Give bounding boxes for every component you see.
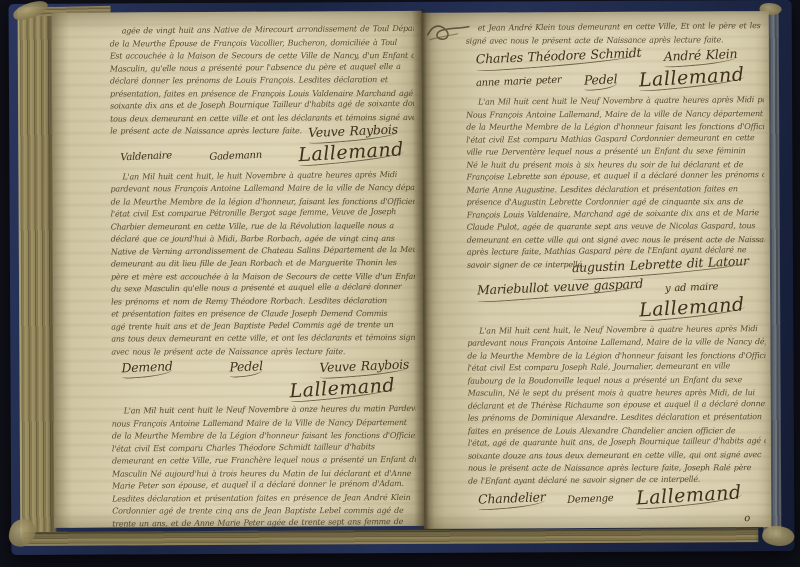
signature: Chandelier bbox=[478, 491, 546, 509]
signature-row: ChandelierDemengeLallemand bbox=[478, 489, 760, 508]
signature-row: Lallemand bbox=[122, 382, 400, 399]
manuscript-line: faubourg de la Boudonville lequel nous a… bbox=[468, 374, 766, 388]
manuscript-line: Lesdites déclaration et présentation fai… bbox=[112, 491, 416, 505]
signature: Lallemand bbox=[298, 143, 404, 165]
left-page: agée de vingt huit ans Native de Mirecou… bbox=[52, 11, 425, 528]
signature: Pedel bbox=[583, 73, 617, 90]
signature: Demend bbox=[121, 360, 173, 378]
act: L'an Mil huit cent huit, le huit Novembr… bbox=[110, 169, 415, 398]
manuscript-line: les prénoms et nom de Remy Théodore Rorb… bbox=[111, 294, 415, 308]
right-page-text: et Jean André Klein tous demeurant en ce… bbox=[466, 21, 767, 527]
right-page: et Jean André Klein tous demeurant en ce… bbox=[422, 11, 772, 529]
manuscript-line: trente un ans, et de Anne Marie Peter ag… bbox=[112, 515, 416, 527]
act: et Jean André Klein tous demeurant en ce… bbox=[466, 21, 764, 90]
signature: o bbox=[744, 513, 750, 526]
signature-row: o bbox=[478, 513, 750, 527]
signature: Lallemand bbox=[290, 379, 396, 401]
manuscript-line: déclaré donner les prénoms de Louis Fran… bbox=[110, 74, 414, 88]
manuscript-line: Nous François Antoine Lallemand, Maire d… bbox=[466, 108, 764, 122]
manuscript-line: les prénoms de Dominique Alexandre. Lesd… bbox=[468, 411, 766, 425]
signature: Valdenaire bbox=[120, 150, 172, 165]
signature: Lallemand bbox=[639, 68, 745, 90]
register-book: agée de vingt huit ans Native de Mirecou… bbox=[9, 0, 795, 555]
manuscript-line: soixante douze ans tous deux demeurant e… bbox=[468, 449, 766, 463]
act: L'an Mil huit cent huit, le Neuf Novembr… bbox=[467, 324, 766, 527]
signature: Demenge bbox=[567, 493, 614, 507]
manuscript-line: avec nous le présent acte de Naissance a… bbox=[111, 345, 415, 358]
signature-row: Charles Théodore SchmidtAndré Klein bbox=[476, 49, 758, 66]
manuscript-line: demeurant au dit lieu fille de Jean Rorb… bbox=[111, 257, 415, 271]
signature: anne marie peter bbox=[476, 74, 562, 90]
manuscript-line: pardevant nous François Antoine Lalleman… bbox=[467, 336, 765, 350]
manuscript-line: ville rue Derventère lequel nous a prése… bbox=[466, 145, 764, 159]
signature-row: Lallemand bbox=[477, 301, 749, 318]
signature: Mariebullot veuve gaspard bbox=[477, 277, 644, 299]
signature: Charles Théodore Schmidt bbox=[476, 47, 642, 69]
signature: Lallemand bbox=[639, 298, 745, 320]
manuscript-line: ans tous deux demeurant en cette ville, … bbox=[111, 332, 415, 346]
manuscript-line: Charbier demeurant en cette Ville, rue d… bbox=[111, 219, 415, 233]
manuscript-line: pardevant nous François Antoine Lalleman… bbox=[111, 182, 415, 196]
manuscript-line: nous François Antoine Lallemand Maire de… bbox=[112, 416, 416, 430]
signature-row: anne marie peterPedelLallemand bbox=[476, 71, 758, 90]
signature: y ad maire bbox=[665, 281, 719, 296]
manuscript-line: demeurant en cette Ville, rue Franchère … bbox=[112, 454, 416, 468]
signature: augustin Lebrette dit Latour bbox=[572, 255, 749, 278]
left-page-text: agée de vingt huit ans Native de Mirecou… bbox=[110, 24, 417, 524]
archive-scan-photo: agée de vingt huit ans Native de Mirecou… bbox=[0, 0, 800, 567]
manuscript-line: Claude Pulot, agée de quarante sept ans … bbox=[467, 220, 765, 234]
signature: Gademann bbox=[209, 150, 262, 165]
signature: Veuve Raybois bbox=[320, 358, 410, 377]
manuscript-line: de la Meurthe Épouse de François Vacolli… bbox=[110, 36, 414, 50]
manuscript-line: Marie Anne Augustine. Lesdites déclarati… bbox=[467, 183, 765, 197]
act: L'an Mil huit cent huit le Neuf Novembre… bbox=[112, 404, 417, 528]
signature-row: DemendPedelVeuve Raybois bbox=[121, 360, 409, 377]
page-edges-left bbox=[18, 7, 57, 540]
act: L'an Mil huit cent huit le Neuf Novembre… bbox=[466, 95, 765, 318]
signature: Pedel bbox=[229, 360, 263, 377]
signature: Lallemand bbox=[636, 486, 742, 508]
act: agée de vingt huit ans Native de Mirecou… bbox=[110, 24, 415, 164]
signature-row: ValdenaireGademannLallemand bbox=[120, 146, 408, 164]
